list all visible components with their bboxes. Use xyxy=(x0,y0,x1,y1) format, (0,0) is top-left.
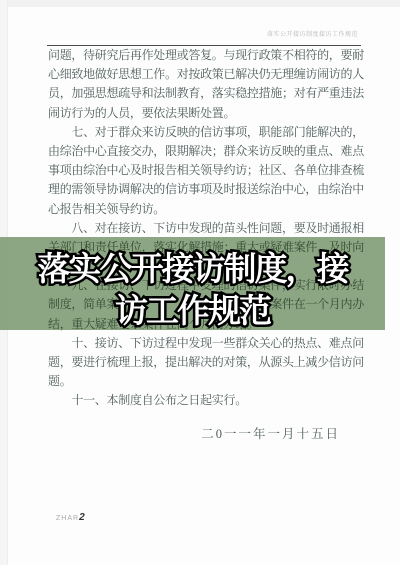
document-line: 题，要进行梳理上报，提出解决的对策，从源头上减少信访问 xyxy=(48,353,365,372)
overlay-caption-title: 落实公开接访制度，接 访工作规范 xyxy=(0,248,385,332)
document-line: 心细致地做好思想工作。对按政策已解决仍无理缠访闹访的人 xyxy=(48,65,365,84)
footer-watermark: ZHAR xyxy=(56,515,79,522)
overlay-caption-line1: 落实公开接访制度，接 xyxy=(0,248,385,290)
document-line: 题。 xyxy=(48,372,365,391)
document-page: 落实公开接访制度接访工作规范 问题，待研究后再作处理或答复。与现行政策不相符的，… xyxy=(0,0,400,565)
document-line: 十、接访、下访过程中发现一些群众关心的热点、难点问 xyxy=(48,334,365,353)
document-line: 事项由综治中心及时报告相关领导约访；社区、各单位排查梳 xyxy=(48,161,365,180)
page-number: 2 xyxy=(79,512,85,523)
running-header-title: 落实公开接访制度接访工作规范 xyxy=(267,29,358,38)
document-line: 闹访行为的人员，要依法果断处置。 xyxy=(48,104,365,123)
document-line: 由综治中心直接交办，限期解决；群众来访反映的重点、难点 xyxy=(48,142,365,161)
page-top-edge xyxy=(0,0,400,7)
page-footer: ZHAR2 xyxy=(56,512,85,523)
signature-date: 二0一一年一月十五日 xyxy=(48,424,340,442)
document-line: 心报告相关领导约访。 xyxy=(48,200,365,219)
overlay-caption-line2: 访工作规范 xyxy=(0,290,385,332)
document-line: 员，加强思想疏导和法制教育，落实稳控措施；对有严重违法 xyxy=(48,84,365,103)
document-line: 问题，待研究后再作处理或答复。与现行政策不相符的，要耐 xyxy=(48,46,365,65)
document-line: 八、对在接访、下访中发现的苗头性问题，要及时通报相 xyxy=(48,219,365,238)
document-line: 理的需领导协调解决的信访事项及时报送综治中心，由综治中 xyxy=(48,180,365,199)
document-line: 七、对于群众来访反映的信访事项，职能部门能解决的， xyxy=(48,123,365,142)
document-line: 十一、本制度自公布之日起实行。 xyxy=(48,391,365,410)
document-body: 问题，待研究后再作处理或答复。与现行政策不相符的，要耐 心细致地做好思想工作。对… xyxy=(48,46,365,411)
